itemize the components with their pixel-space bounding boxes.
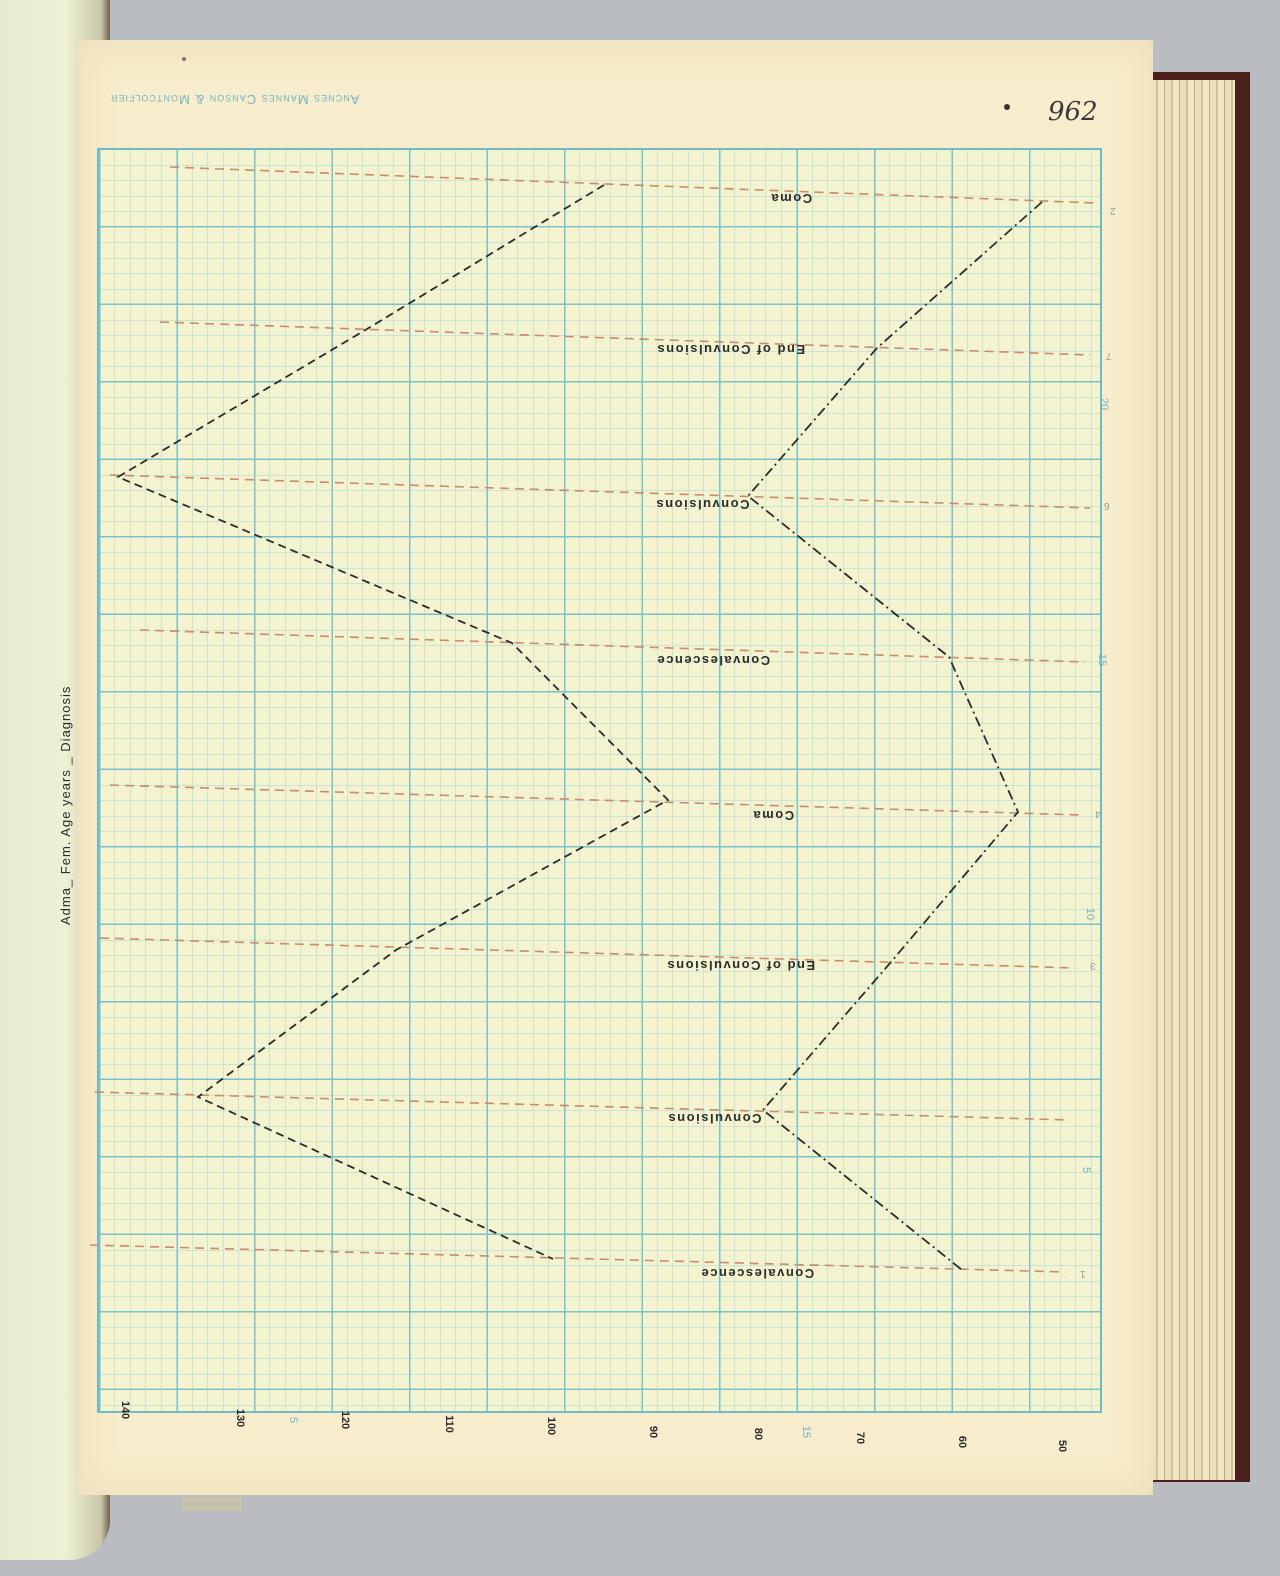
event-label: End of Convulsions bbox=[666, 958, 815, 973]
blue-scale-tick: 15 bbox=[800, 1426, 812, 1438]
value-tick: 80 bbox=[752, 1428, 764, 1440]
event-label: Convulsions bbox=[655, 497, 750, 512]
value-tick: 90 bbox=[647, 1426, 659, 1438]
event-label: Convulsions bbox=[667, 1111, 762, 1126]
value-tick: 130 bbox=[234, 1409, 246, 1427]
value-tick: 110 bbox=[443, 1415, 455, 1433]
event-label: End of Convulsions bbox=[656, 342, 805, 357]
blue-time-marker: 15 bbox=[1096, 654, 1108, 666]
value-tick: 60 bbox=[956, 1436, 968, 1448]
time-marker: 2 bbox=[1110, 205, 1116, 216]
chart-plot bbox=[0, 0, 1280, 1576]
value-tick: 120 bbox=[339, 1411, 351, 1429]
value-tick: 140 bbox=[119, 1401, 131, 1419]
blue-time-marker: 20 bbox=[1098, 398, 1110, 410]
time-marker: 7 bbox=[1106, 350, 1112, 361]
event-label: Coma bbox=[770, 191, 812, 206]
event-label: Coma bbox=[752, 808, 794, 823]
event-lines bbox=[90, 167, 1095, 1272]
time-marker: 4 bbox=[1095, 808, 1101, 819]
event-label: Convalescence bbox=[700, 1266, 814, 1281]
chart-caption: Adma_ Fem. Age years _ Diagnosis bbox=[58, 686, 73, 925]
blue-scale-tick: 5 bbox=[287, 1417, 299, 1423]
event-label: Convalescence bbox=[656, 653, 770, 668]
series-dash-dot bbox=[748, 202, 1042, 1270]
time-marker: 3 bbox=[1090, 960, 1096, 971]
series-dashed bbox=[118, 185, 668, 1259]
value-tick: 100 bbox=[545, 1417, 557, 1435]
blue-time-marker: 10 bbox=[1084, 908, 1096, 920]
time-marker: 6 bbox=[1104, 500, 1110, 511]
time-marker: 1 bbox=[1080, 1268, 1086, 1279]
value-tick: 70 bbox=[854, 1432, 866, 1444]
value-tick: 50 bbox=[1056, 1440, 1068, 1452]
blue-time-marker: 5 bbox=[1080, 1167, 1092, 1173]
